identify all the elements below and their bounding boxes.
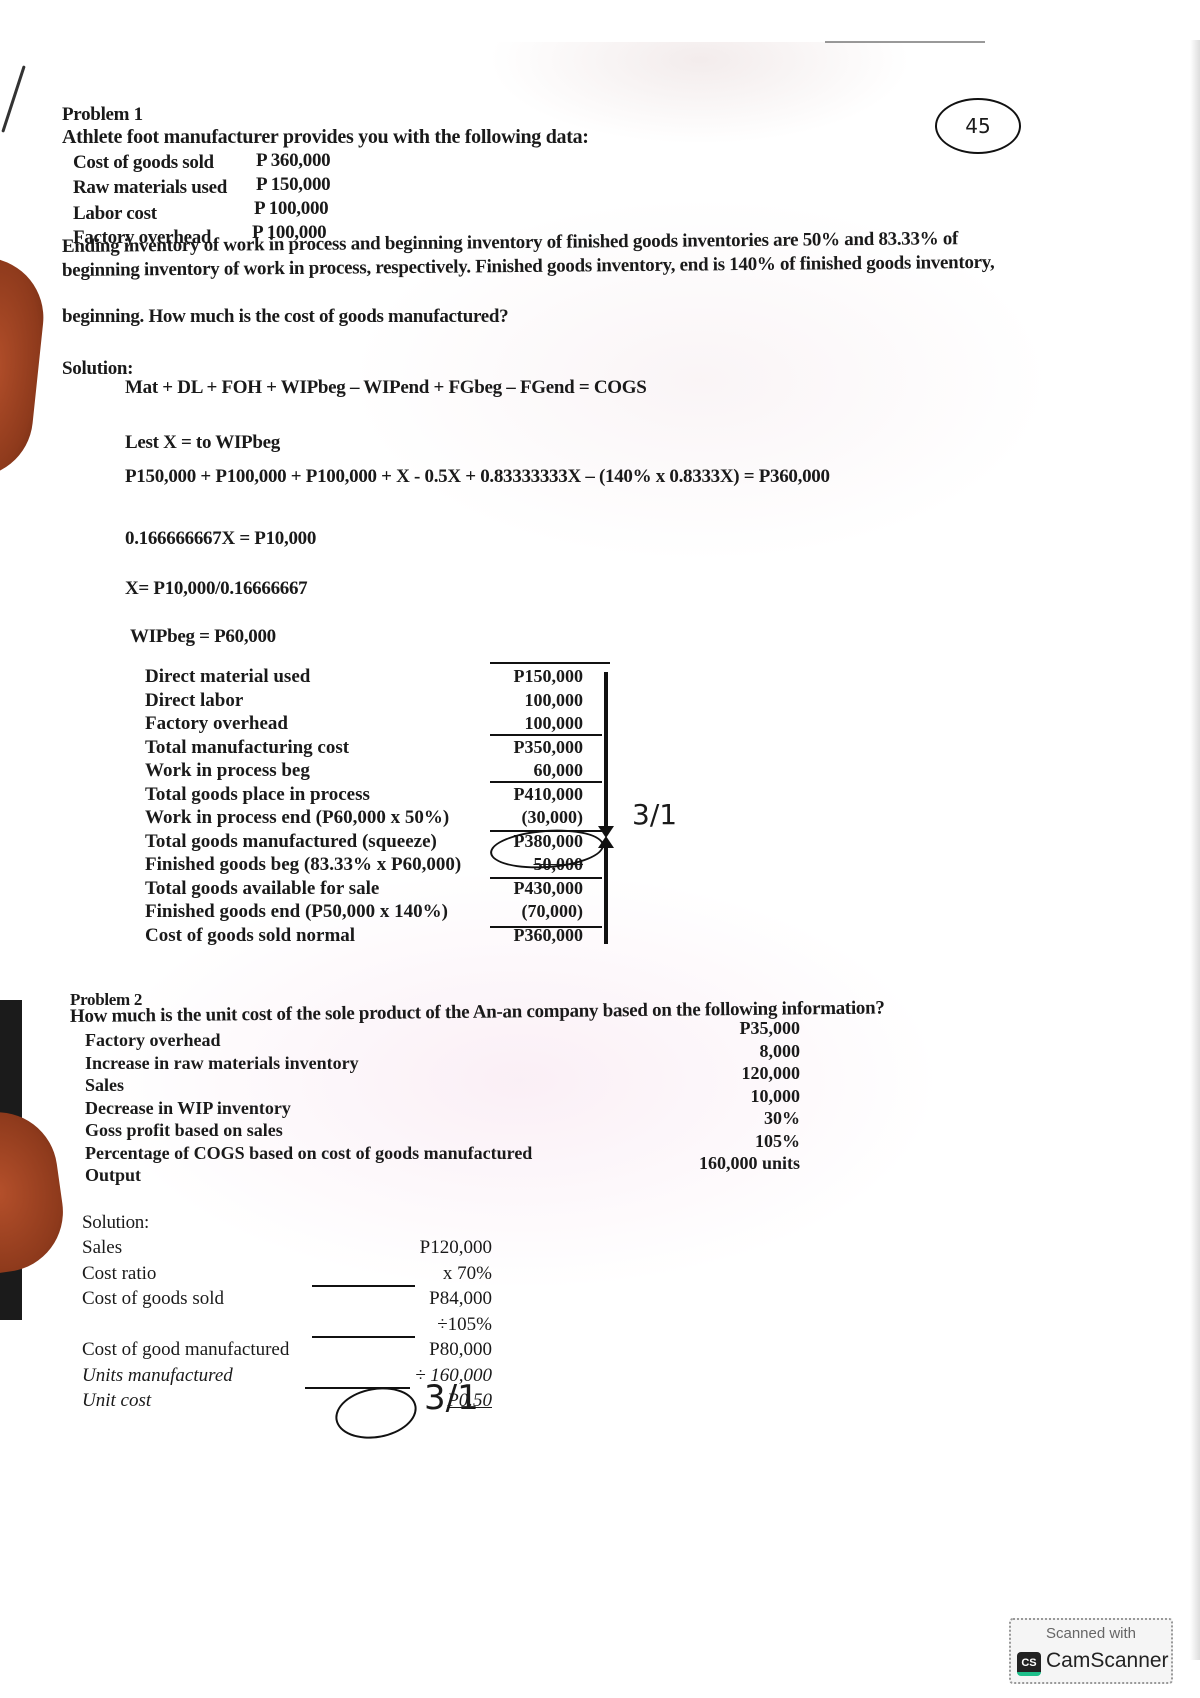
schedule-row: Direct material usedP150,000 [145,666,583,690]
score-mark: 45 [935,98,1021,154]
solution-row: ÷105% [82,1314,492,1340]
given-row: Output160,000 units [85,1165,800,1188]
schedule-row: Cost of goods sold normalP360,000 [145,925,583,949]
cogm-schedule: Direct material usedP150,000 Direct labo… [145,666,583,948]
grade-mark: 3/1 [424,1378,479,1418]
problem1-question-line: beginning. How much is the cost of goods… [62,306,508,328]
schedule-row: Work in process beg60,000 [145,760,583,784]
given-label: Raw materials used [73,177,227,199]
solution-row: Cost ratiox 70% [82,1263,492,1289]
problem1-title: Problem 1 [62,104,143,126]
schedule-rule [490,781,602,783]
given-value: P 150,000 [256,174,330,196]
given-label: Cost of goods sold [73,152,214,174]
solution-row: SalesP120,000 [82,1237,492,1263]
problem1-intro: Athlete foot manufacturer provides you w… [62,126,589,149]
arrow-down-line [604,672,608,832]
schedule-row: Direct labor100,000 [145,690,583,714]
paper-right-edge [1190,40,1200,1660]
scan-top-margin [0,0,1200,42]
grade-mark: 3/1 [632,798,677,831]
schedule-rule [490,877,602,879]
equation: Mat + DL + FOH + WIPbeg – WIPend + FGbeg… [125,377,646,399]
schedule-rule [490,734,602,736]
schedule-rule [490,926,602,928]
equation: P150,000 + P100,000 + P100,000 + X - 0.5… [125,466,830,488]
watermark-brand: CamScanner [1046,1649,1169,1673]
given-value: P 360,000 [256,150,330,172]
camscanner-watermark: Scanned with CS CamScanner [1009,1618,1173,1684]
solution-row: Cost of goods soldP84,000 [82,1288,492,1314]
equation: X= P10,000/0.16666667 [125,578,307,600]
solution-row: Cost of good manufacturedP80,000 [82,1339,492,1365]
problem2-givens: Factory overheadP35,000 Increase in raw … [85,1030,800,1188]
arrow-up-line [604,846,608,944]
schedule-row: Total goods available for saleP430,000 [145,878,583,902]
schedule-row: Work in process end (P60,000 x 50%)(30,0… [145,807,583,831]
given-label: Labor cost [73,203,157,225]
equation: Lest X = to WIPbeg [125,432,280,454]
schedule-row: Total manufacturing costP350,000 [145,737,583,761]
schedule-row: Finished goods end (P50,000 x 140%)(70,0… [145,901,583,925]
schedule-rule [490,662,610,664]
solution-rule [312,1336,415,1338]
equation: 0.166666667X = P10,000 [125,528,316,550]
equation: WIPbeg = P60,000 [130,626,276,648]
solution-label: Solution: [82,1212,149,1234]
schedule-row: Factory overhead100,000 [145,713,583,737]
solution-rule [312,1285,415,1287]
solution-label: Solution: [62,358,133,380]
schedule-row: Total goods place in processP410,000 [145,784,583,808]
paper-edge-line [825,41,985,43]
given-value: P 100,000 [254,198,328,220]
watermark-text: Scanned with [1011,1625,1171,1642]
camscanner-logo-icon: CS [1017,1652,1041,1676]
